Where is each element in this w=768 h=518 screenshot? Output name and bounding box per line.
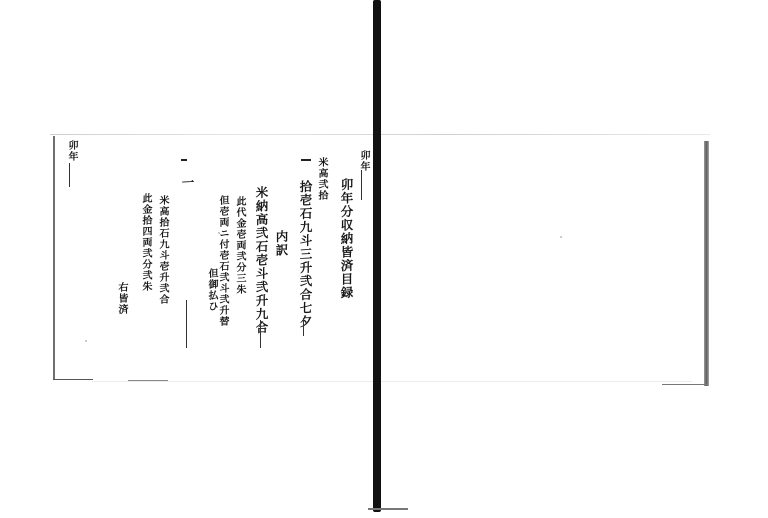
paper-speck <box>85 340 87 342</box>
text-column-8: 米高拾石九斗壱升弐合 <box>155 195 170 306</box>
left-page-bottom-border <box>53 379 93 380</box>
text-column-9: 此金拾四両弐分弐朱 <box>138 193 153 293</box>
right-page-border <box>704 141 709 386</box>
item-marker-dash-2 <box>181 159 187 161</box>
document-title: 卯年分収納皆済目録 <box>337 178 355 300</box>
text-column-4: 此代金壱両弐分三朱 <box>232 196 247 296</box>
manuscript-spread: 卯年 卯年 卯年分収納皆済目録 米高弐拾 拾壱石九斗三升弐合七夕 内訳 米納高弐… <box>0 0 768 518</box>
header-year-rule <box>361 170 362 200</box>
subheading: 米高弐拾 <box>314 157 329 202</box>
header-year: 卯年 <box>356 150 371 173</box>
right-page-bottom-border <box>662 384 707 385</box>
column-3-tail <box>260 320 261 348</box>
spine-foot-shadow <box>368 508 408 510</box>
text-column-3: 米納高弐石壱斗弐升九合 <box>252 186 270 335</box>
text-column-7: 一 <box>178 176 196 190</box>
margin-note-rule <box>69 163 70 187</box>
left-page-bottom-border-segment <box>128 380 168 381</box>
item-marker-dash <box>301 159 311 161</box>
text-column-6: 但御払ひ <box>204 268 219 313</box>
left-page-border <box>53 136 55 380</box>
text-column-1: 拾壱石九斗三升弐合七夕 <box>296 180 314 329</box>
paper-speck <box>218 232 220 234</box>
text-column-2: 内訳 <box>272 230 290 258</box>
closing-signature: 右皆済 <box>114 282 129 316</box>
margin-note: 卯年 <box>64 140 79 163</box>
column-1-tail <box>303 318 304 336</box>
page-bottom-edge <box>92 381 692 382</box>
paper-speck <box>560 236 562 238</box>
column-7-tail <box>186 300 187 348</box>
book-spine <box>373 0 381 512</box>
